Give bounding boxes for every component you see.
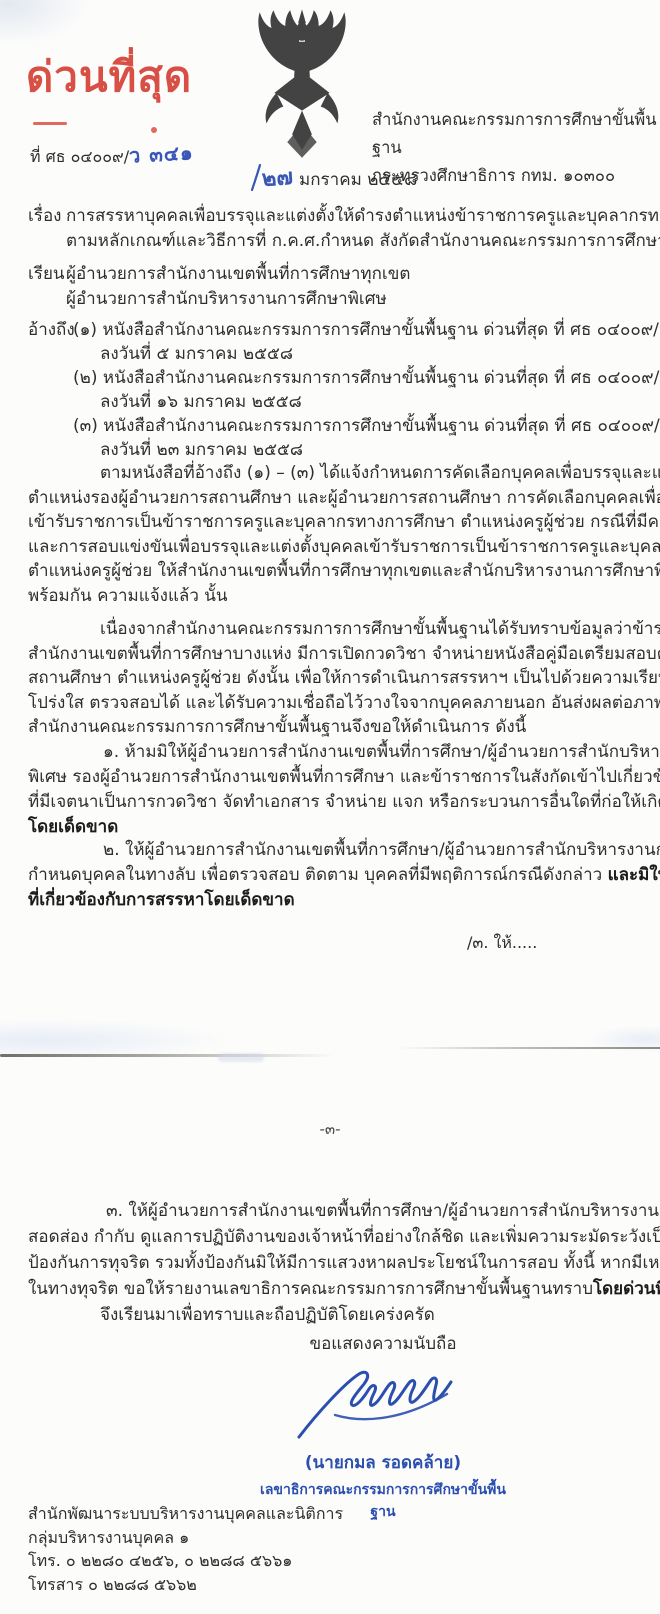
body-paragraph-2: เนื่องจากสำนักงานคณะกรรมการการศึกษาขั้นพ… xyxy=(28,617,634,740)
page-break-line-left xyxy=(0,1054,335,1057)
body-line: ตำแหน่งรองผู้อำนวยการสถานศึกษา และผู้อำน… xyxy=(28,486,634,511)
reference-item-2: (๒) หนังสือสำนักงานคณะกรรมการการศึกษาขั้… xyxy=(73,366,660,391)
footer-group: กลุ่มบริหารงานบุคคล ๑ xyxy=(28,1526,343,1550)
date-day-handwritten: ๒๗ xyxy=(261,166,294,193)
body-line-bold: และมิให้แต่งตั้งเป็นกรรมการ xyxy=(608,865,660,885)
salutation: ขอแสดงความนับถือ xyxy=(258,1330,508,1357)
footer-bureau: สำนักพัฒนาระบบบริหารงานบุคคลและนิติการ xyxy=(28,1502,343,1526)
to-line-2: ผู้อำนวยการสำนักบริหารงานการศึกษาพิเศษ xyxy=(28,287,410,312)
reference-item-3: (๓) หนังสือสำนักงานคณะกรรมการการศึกษาขั้… xyxy=(73,414,660,439)
to-line-1: ผู้อำนวยการสำนักงานเขตพื้นที่การศึกษาทุก… xyxy=(66,264,410,284)
reference-2-text: หนังสือสำนักงานคณะกรรมการการศึกษาขั้นพื้… xyxy=(103,368,660,388)
body-line: เนื่องจากสำนักงานคณะกรรมการการศึกษาขั้นพ… xyxy=(28,617,634,642)
reference-item-1: (๑) หนังสือสำนักงานคณะกรรมการการศึกษาขั้… xyxy=(73,318,660,343)
continuation-marker: /๓. ให้..... xyxy=(467,931,537,956)
body-line: และการสอบแข่งขันเพื่อบรรจุและแต่งตั้งบุค… xyxy=(28,535,634,560)
letter-date: ๒๗มกราคม ๒๕๕๘ xyxy=(250,163,417,193)
letter-number: ที่ ศธ ๐๔๐๐๙/ว ๓๔๑ xyxy=(30,139,194,171)
body-line: สอดส่อง กำกับ ดูแลการปฏิบัติงานของเจ้าหน… xyxy=(28,1224,634,1250)
directive-2: ๒. ให้ผู้อำนวยการสำนักงานเขตพื้นที่การศึ… xyxy=(28,838,634,913)
reference-1-text: หนังสือสำนักงานคณะกรรมการการศึกษาขั้นพื้… xyxy=(102,320,660,340)
reference-3-text: หนังสือสำนักงานคณะกรรมการการศึกษาขั้นพื้… xyxy=(103,416,660,436)
subject-label: เรื่อง xyxy=(28,204,66,229)
body-line: พร้อมกัน ความแจ้งแล้ว นั้น xyxy=(28,584,634,609)
reference-2-date: ลงวันที่ ๑๖ มกราคม ๒๕๕๘ xyxy=(100,390,302,415)
reference-1-no: (๑) xyxy=(73,320,97,340)
body-line: ที่มีเจตนาเป็นการกวดวิชา จัดทำเอกสาร จำห… xyxy=(28,790,634,815)
scan-tint-left xyxy=(0,1020,220,1054)
signature-block: ขอแสดงความนับถือ (นายกมล รอดคล้าย) เลขาธ… xyxy=(258,1330,508,1523)
urgency-stamp: ด่วนที่สุด xyxy=(26,56,192,98)
footer-contact-block: สำนักพัฒนาระบบบริหารงานบุคคลและนิติการ ก… xyxy=(28,1502,343,1596)
body-line-bold: โดยเด็ดขาด xyxy=(28,815,634,840)
reference-3-no: (๓) xyxy=(73,416,98,436)
directive-1: ๑. ห้ามมิให้ผู้อำนวยการสำนักงานเขตพื้นที… xyxy=(28,740,634,840)
body-line: ในทางทุจริต ขอให้รายงานเลขาธิการคณะกรรมก… xyxy=(28,1279,593,1299)
directive-3: ๓. ให้ผู้อำนวยการสำนักงานเขตพื้นที่การศึ… xyxy=(28,1198,634,1302)
body-line: ป้องกันการทุจริต รวมทั้งป้องกันมิให้มีกา… xyxy=(28,1250,634,1276)
body-paragraph-1: ตามหนังสือที่อ้างถึง (๑) – (๓) ได้แจ้งกำ… xyxy=(28,461,634,609)
body-line-bold: ที่เกี่ยวข้องกับการสรรหาโดยเด็ดขาด xyxy=(28,888,634,913)
scan-smudge xyxy=(218,1053,264,1062)
date-month-year: มกราคม ๒๕๕๘ xyxy=(299,170,417,190)
reference-1-date: ลงวันที่ ๕ มกราคม ๒๕๕๘ xyxy=(100,342,293,367)
stamp-underline xyxy=(33,122,67,125)
org-name: สำนักงานคณะกรรมการการศึกษาขั้นพื้นฐาน xyxy=(372,106,660,162)
stamp-dot xyxy=(151,127,157,133)
signer-name: (นายกมล รอดคล้าย) xyxy=(258,1449,508,1476)
body-line: กำหนดบุคคลในทางลับ เพื่อตรวจสอบ ติดตาม บ… xyxy=(28,865,602,885)
scanned-letter-page: ด่วนที่สุด ที่ ศธ ๐๔๐๐๙/ว ๓๔๑ สำนักงานคณ… xyxy=(0,0,660,1614)
body-line: ตำแหน่งครูผู้ช่วย ให้สำนักงานเขตพื้นที่ก… xyxy=(28,559,634,584)
letter-number-printed: ที่ ศธ ๐๔๐๐๙/ xyxy=(30,147,129,166)
body-line-bold: โดยด่วนที่สุด xyxy=(593,1279,660,1299)
body-line: สถานศึกษา ตำแหน่งครูผู้ช่วย ดังนั้น เพื่… xyxy=(28,666,634,691)
closing-line: จึงเรียนมาเพื่อทราบและถือปฏิบัติโดยเคร่ง… xyxy=(100,1303,435,1328)
reference-2-no: (๒) xyxy=(73,368,97,388)
body-line: สำนักงานคณะกรรมการการศึกษาขั้นพื้นฐานจึง… xyxy=(28,715,634,740)
subject-block: เรื่องการสรรหาบุคคลเพื่อบรรจุและแต่งตั้ง… xyxy=(28,204,660,253)
handwritten-signature xyxy=(293,1361,473,1447)
body-line: ๓. ให้ผู้อำนวยการสำนักงานเขตพื้นที่การศึ… xyxy=(28,1198,634,1224)
body-line: โปร่งใส ตรวจสอบได้ และได้รับความเชื่อถือ… xyxy=(28,691,634,716)
subject-line-2: ตามหลักเกณฑ์และวิธีการที่ ก.ค.ศ.กำหนด สั… xyxy=(28,229,660,254)
body-line: ตามหนังสือที่อ้างถึง (๑) – (๓) ได้แจ้งกำ… xyxy=(28,461,634,486)
to-label: เรียน xyxy=(28,262,66,287)
page-break-line-right xyxy=(398,1047,660,1049)
reference-3-date: ลงวันที่ ๒๓ มกราคม ๒๕๕๘ xyxy=(100,438,303,463)
letter-number-handwritten: ว ๓๔๑ xyxy=(128,136,194,171)
footer-fax: โทรสาร ๐ ๒๒๘๘ ๕๖๖๒ xyxy=(28,1573,343,1597)
subject-line-1: การสรรหาบุคคลเพื่อบรรจุและแต่งตั้งให้ดำร… xyxy=(66,206,660,226)
body-line: เข้ารับราชการเป็นข้าราชการครูและบุคลากรท… xyxy=(28,510,634,535)
references-label: อ้างถึง xyxy=(28,318,75,343)
body-line: ๑. ห้ามมิให้ผู้อำนวยการสำนักงานเขตพื้นที… xyxy=(28,740,634,765)
body-line: ๒. ให้ผู้อำนวยการสำนักงานเขตพื้นที่การศึ… xyxy=(28,838,634,863)
to-block: เรียนผู้อำนวยการสำนักงานเขตพื้นที่การศึก… xyxy=(28,262,410,311)
footer-phone: โทร. ๐ ๒๒๘๐ ๔๒๕๖, ๐ ๒๒๘๘ ๕๖๖๑ xyxy=(28,1549,343,1573)
body-line: พิเศษ รองผู้อำนวยการสำนักงานเขตพื้นที่กา… xyxy=(28,765,634,790)
garuda-emblem-icon xyxy=(243,8,361,170)
scan-corner-tint xyxy=(0,0,90,46)
body-line: สำนักงานเขตพื้นที่การศึกษาบางแห่ง มีการเ… xyxy=(28,642,634,667)
page-number: -๓- xyxy=(0,1117,660,1141)
